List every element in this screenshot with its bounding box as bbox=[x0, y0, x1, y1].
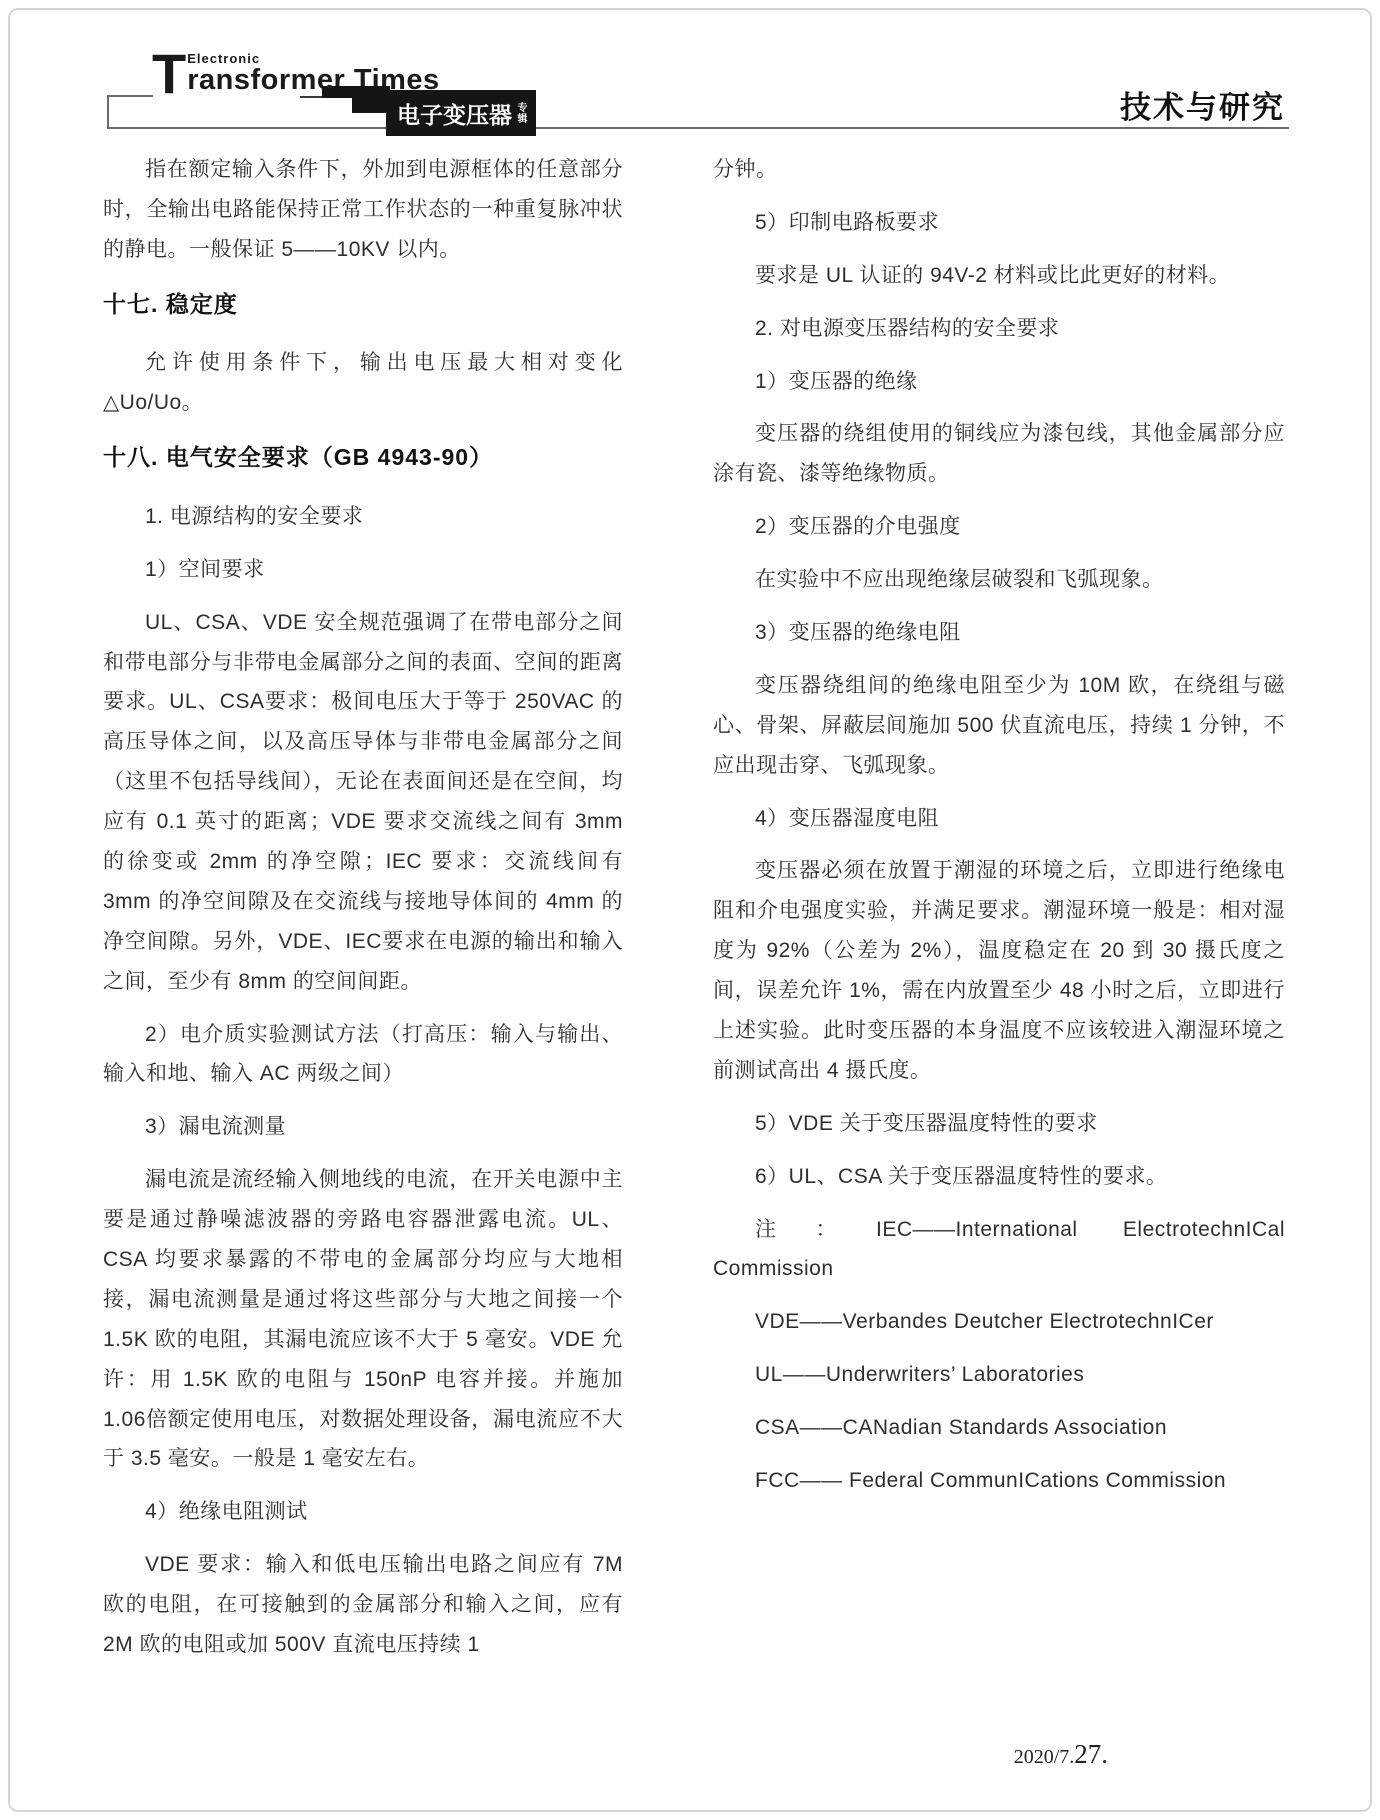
banner-subtitle: 专辑 bbox=[515, 102, 525, 124]
paragraph: 漏电流是流经输入侧地线的电流，在开关电源中主要是通过静噪滤波器的旁路电容器泄露电… bbox=[103, 1160, 623, 1479]
banner-title-box: 电子变压器 专辑 bbox=[386, 90, 536, 136]
paragraph: 4）变压器湿度电阻 bbox=[713, 799, 1285, 839]
banner-step-shape bbox=[352, 86, 390, 113]
paragraph: UL、CSA、VDE 安全规范强调了在带电部分之间和带电部分与非带电金属部分之间… bbox=[103, 603, 623, 1002]
paragraph: 2）变压器的介电强度 bbox=[713, 507, 1285, 547]
paragraph: 5）VDE 关于变压器温度特性的要求 bbox=[713, 1104, 1285, 1144]
paragraph: 分钟。 bbox=[713, 150, 1285, 190]
footer-date: 2020/7. bbox=[1014, 1746, 1075, 1768]
paragraph: 变压器绕组间的绝缘电阻至少为 10M 欧，在绕组与磁心、骨架、屏蔽层间施加 50… bbox=[713, 666, 1285, 786]
section-heading: 十七. 稳定度 bbox=[103, 283, 623, 327]
paragraph: 3）变压器的绝缘电阻 bbox=[713, 613, 1285, 653]
footer-page-number: 27. bbox=[1074, 1739, 1108, 1769]
paragraph: 2. 对电源变压器结构的安全要求 bbox=[713, 309, 1285, 349]
magazine-page: TElectronicransformer Times 电子变压器 专辑 技术与… bbox=[0, 0, 1380, 1820]
article-body: 指在额定输入条件下，外加到电源框体的任意部分时，全输出电路能保持正常工作状态的一… bbox=[103, 150, 1285, 1678]
paragraph: 1）空间要求 bbox=[103, 550, 623, 590]
paragraph: 1）变压器的绝缘 bbox=[713, 362, 1285, 402]
page-footer: 2020/7.27. bbox=[1014, 1739, 1108, 1770]
paragraph: 2）电介质实验测试方法（打高压：输入与输出、输入和地、输入 AC 两级之间） bbox=[103, 1015, 623, 1095]
paragraph: 允许使用条件下，输出电压最大相对变化△Uo/Uo。 bbox=[103, 343, 623, 423]
left-column: 指在额定输入条件下，外加到电源框体的任意部分时，全输出电路能保持正常工作状态的一… bbox=[103, 150, 623, 1678]
paragraph: 5）印制电路板要求 bbox=[713, 203, 1285, 243]
masthead-big-letter: T bbox=[152, 50, 186, 98]
banner-title: 电子变压器 bbox=[397, 97, 512, 130]
paragraph: 要求是 UL 认证的 94V-2 材料或比此更好的材料。 bbox=[713, 256, 1285, 296]
paragraph: 注：IEC——International ElectrotechnICal Co… bbox=[713, 1210, 1285, 1290]
paragraph: UL——Underwriters’ Laboratories bbox=[713, 1355, 1285, 1395]
paragraph: 4）绝缘电阻测试 bbox=[103, 1492, 623, 1532]
section-label: 技术与研究 bbox=[1120, 82, 1285, 127]
paragraph: VDE 要求：输入和低电压输出电路之间应有 7M 欧的电阻，在可接触到的金属部分… bbox=[103, 1545, 623, 1665]
paragraph: FCC—— Federal CommunICations Commission bbox=[713, 1461, 1285, 1501]
paragraph: 变压器的绕组使用的铜线应为漆包线，其他金属部分应涂有瓷、漆等绝缘物质。 bbox=[713, 414, 1285, 494]
paragraph: VDE——Verbandes Deutcher ElectrotechnICer bbox=[713, 1302, 1285, 1342]
paragraph: CSA——CANadian Standards Association bbox=[713, 1408, 1285, 1448]
paragraph: 指在额定输入条件下，外加到电源框体的任意部分时，全输出电路能保持正常工作状态的一… bbox=[103, 150, 623, 270]
header-rule-line bbox=[107, 95, 1289, 129]
right-column: 分钟。5）印制电路板要求要求是 UL 认证的 94V-2 材料或比此更好的材料。… bbox=[713, 150, 1285, 1678]
paragraph: 在实验中不应出现绝缘层破裂和飞弧现象。 bbox=[713, 560, 1285, 600]
paragraph: 变压器必须在放置于潮湿的环境之后，立即进行绝缘电阻和介电强度实验，并满足要求。潮… bbox=[713, 851, 1285, 1090]
section-heading: 十八. 电气安全要求（GB 4943-90） bbox=[103, 436, 623, 480]
paragraph: 3）漏电流测量 bbox=[103, 1107, 623, 1147]
paragraph: 1. 电源结构的安全要求 bbox=[103, 497, 623, 537]
page-header: TElectronicransformer Times 电子变压器 专辑 技术与… bbox=[0, 0, 1380, 148]
paragraph: 6）UL、CSA 关于变压器温度特性的要求。 bbox=[713, 1157, 1285, 1197]
